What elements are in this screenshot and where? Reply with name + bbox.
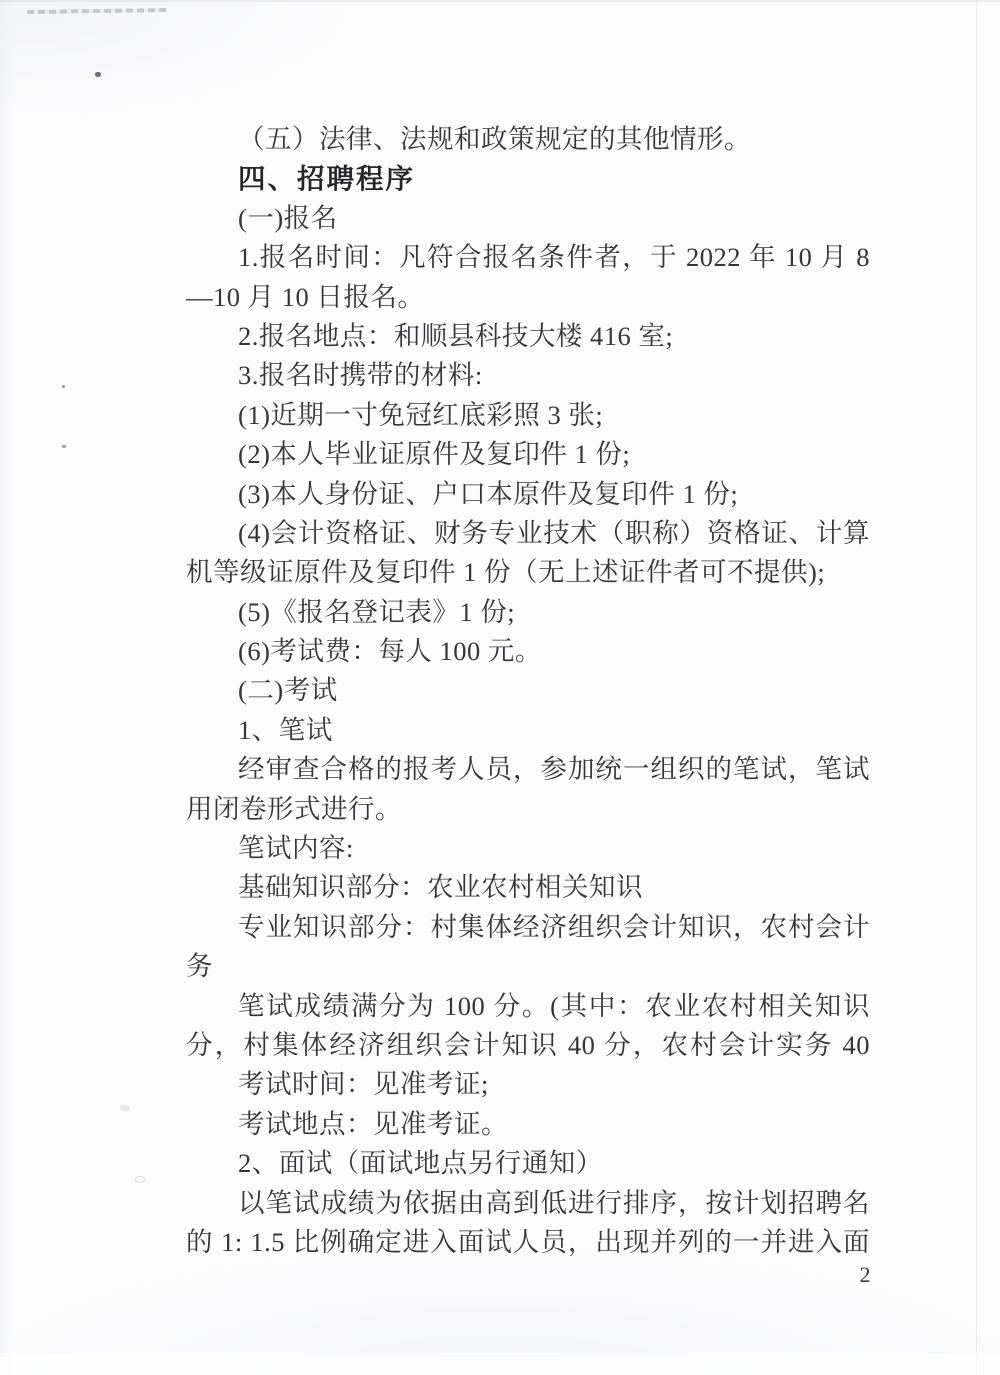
document-line: 以笔试成绩为依据由高到低进行排序，按计划招聘名额 <box>186 1184 870 1223</box>
document-line: (6)考试费：每人 100 元。 <box>186 632 870 671</box>
document-line: (1)近期一寸免冠红底彩照 3 张; <box>186 396 870 435</box>
document-line: 笔试内容: <box>186 829 870 868</box>
document-line: 1.报名时间：凡符合报名条件者，于 2022 年 10 月 8 日 <box>186 238 870 277</box>
document-line: 考试时间：见准考证; <box>186 1065 870 1104</box>
document-line: 分，村集体经济组织会计知识 40 分，农村会计实务 40 分) <box>186 1026 870 1065</box>
document-line: 务 <box>186 947 870 986</box>
document-line: (一)报名 <box>186 199 870 238</box>
scan-artifact-squiggle <box>27 8 167 14</box>
document-line: 用闭卷形式进行。 <box>186 790 870 829</box>
scan-artifact-smudge <box>119 1104 130 1113</box>
document-line: 1、笔试 <box>186 711 870 750</box>
document-line: —10 月 10 日报名。 <box>186 278 870 317</box>
document-line: 的 1: 1.5 比例确定进入面试人员，出现并列的一并进入面 <box>186 1223 870 1262</box>
document-line: 经审查合格的报考人员，参加统一组织的笔试，笔试采 <box>186 750 870 789</box>
scanned-page: （五）法律、法规和政策规定的其他情形。 四、招聘程序 (一)报名 1.报名时间：… <box>0 0 1000 1375</box>
document-line: (4)会计资格证、财务专业技术（职称）资格证、计算 <box>186 514 870 553</box>
document-line: (2)本人毕业证原件及复印件 1 份; <box>186 435 870 474</box>
document-line: (3)本人身份证、户口本原件及复印件 1 份; <box>186 475 870 514</box>
page-number: 2 <box>850 1260 880 1290</box>
document-line: 笔试成绩满分为 100 分。(其中：农业农村相关知识 20 <box>186 987 870 1026</box>
document-line: 基础知识部分：农业农村相关知识 <box>186 868 870 907</box>
scan-artifact-dot <box>95 72 101 77</box>
document-line: 3.报名时携带的材料: <box>186 356 870 395</box>
scan-artifact-speck <box>62 385 65 388</box>
document-line: (二)考试 <box>186 671 870 710</box>
document-line: 2.报名地点：和顺县科技大楼 416 室; <box>186 317 870 356</box>
section-heading: 四、招聘程序 <box>186 159 870 198</box>
document-body: （五）法律、法规和政策规定的其他情形。 四、招聘程序 (一)报名 1.报名时间：… <box>186 120 870 1262</box>
scan-right-edge-line <box>976 0 977 1375</box>
scan-top-edge <box>0 0 1000 2</box>
document-line: 专业知识部分：村集体经济组织会计知识，农村会计实 <box>186 908 870 947</box>
document-line: 机等级证原件及复印件 1 份（无上述证件者可不提供); <box>186 553 870 592</box>
document-line: 考试地点：见准考证。 <box>186 1105 870 1144</box>
scan-artifact-mark <box>135 1176 145 1183</box>
document-line: （五）法律、法规和政策规定的其他情形。 <box>186 120 870 159</box>
document-line: (5)《报名登记表》1 份; <box>186 593 870 632</box>
scan-bottom-strip <box>0 1353 1000 1375</box>
scan-artifact-speck <box>62 445 66 448</box>
document-line: 2、面试（面试地点另行通知） <box>186 1144 870 1183</box>
